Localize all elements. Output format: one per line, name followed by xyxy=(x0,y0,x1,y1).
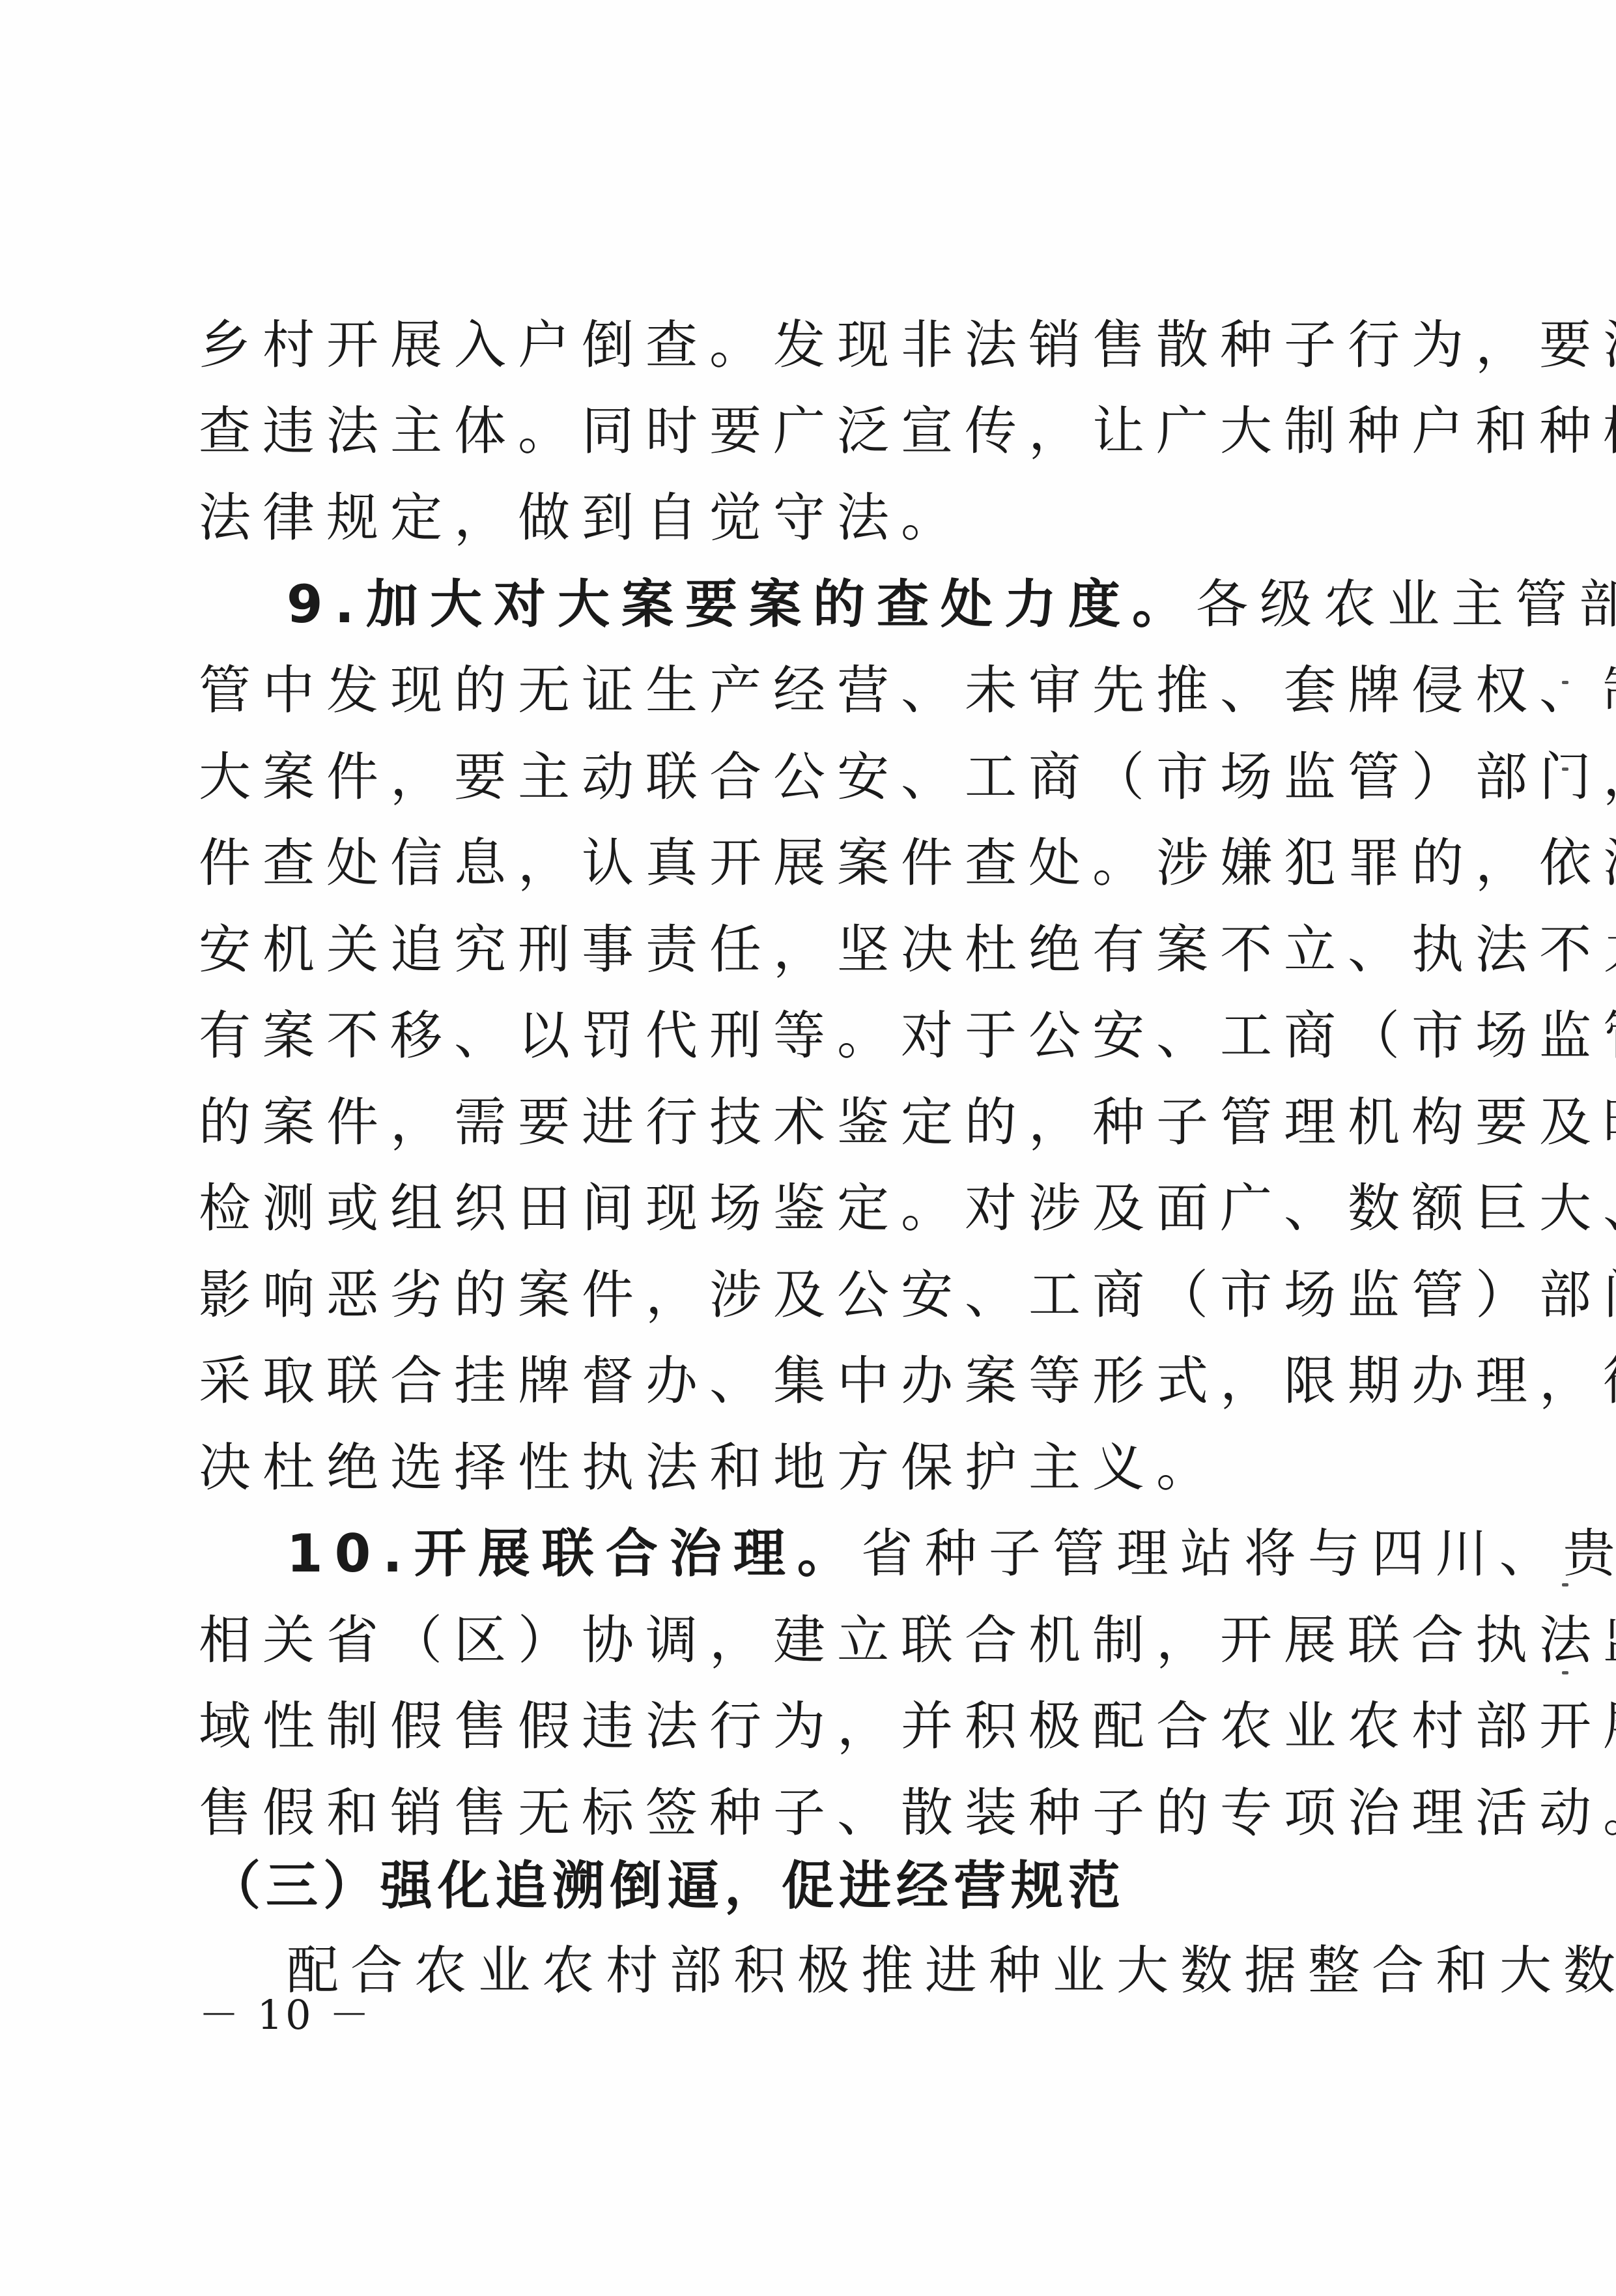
scan-artifact xyxy=(1562,768,1568,771)
text-line: 影响恶劣的案件，涉及公安、工商（市场监管）部门职权的，可 xyxy=(199,1259,1423,1331)
item-10-first-line: 10.开展联合治理。省种子管理站将与四川、贵州、广西等 xyxy=(287,1518,1423,1590)
text-line: 决杜绝选择性执法和地方保护主义。 xyxy=(199,1432,1423,1504)
text-line: 乡村开展入户倒查。发现非法销售散种子行为，要没收种子并追 xyxy=(199,309,1423,381)
text-line: 查违法主体。同时要广泛宣传，让广大制种户和种植户了解相关 xyxy=(199,395,1423,467)
item-9-heading: 9.加大对大案要案的查处力度。 xyxy=(287,574,1196,635)
scan-artifact xyxy=(1562,1671,1568,1674)
text-line: 售假和销售无标签种子、散装种子的专项治理活动。 xyxy=(199,1777,1423,1849)
page-number: － 10 － xyxy=(199,1986,372,2045)
text-line: 采取联合挂牌督办、集中办案等形式，限期办理，彻查全案，坚 xyxy=(199,1345,1423,1417)
text-line: 安机关追究刑事责任，坚决杜绝有案不立、执法不力、处罚不严、 xyxy=(199,914,1423,986)
text-line: 配合农业农村部积极推进种业大数据整合和大数据应用，省 xyxy=(287,1935,1423,2007)
text-line: 域性制假售假违法行为，并积极配合农业农村部开展区域性制假 xyxy=(199,1691,1423,1762)
item-9-first-line-text: 各级农业主管部门对市场监 xyxy=(1196,574,1616,635)
scan-artifact xyxy=(1562,681,1568,684)
text-line: 有案不移、以罚代刑等。对于公安、工商（市场监管）部门查处 xyxy=(199,1000,1423,1072)
text-line: 大案件，要主动联合公安、工商（市场监管）部门，及时交换案 xyxy=(199,741,1423,813)
section-3-heading: （三）强化追溯倒逼，促进经营规范 xyxy=(208,1850,1433,1922)
scan-artifact xyxy=(1562,1583,1568,1586)
text-line: 的案件，需要进行技术鉴定的，种子管理机构要及时进行（委托） xyxy=(199,1087,1423,1158)
item-10-heading: 10.开展联合治理。 xyxy=(287,1523,861,1584)
text-line: 相关省（区）协调，建立联合机制，开展联合执法监管，打击区 xyxy=(199,1605,1423,1676)
text-line: 件查处信息，认真开展案件查处。涉嫌犯罪的，依法及时移送公 xyxy=(199,827,1423,899)
document-page: 乡村开展入户倒查。发现非法销售散种子行为，要没收种子并追 查违法主体。同时要广泛… xyxy=(0,0,1616,2296)
text-line: 法律规定，做到自觉守法。 xyxy=(199,482,1423,554)
item-9-first-line: 9.加大对大案要案的查处力度。各级农业主管部门对市场监 xyxy=(287,569,1423,640)
item-10-first-line-text: 省种子管理站将与四川、贵州、广西等 xyxy=(861,1523,1616,1584)
text-line: 管中发现的无证生产经营、未审先推、套牌侵权、制售假劣等重 xyxy=(199,655,1423,726)
text-line: 检测或组织田间现场鉴定。对涉及面广、数额巨大、危害严重、 xyxy=(199,1173,1423,1244)
